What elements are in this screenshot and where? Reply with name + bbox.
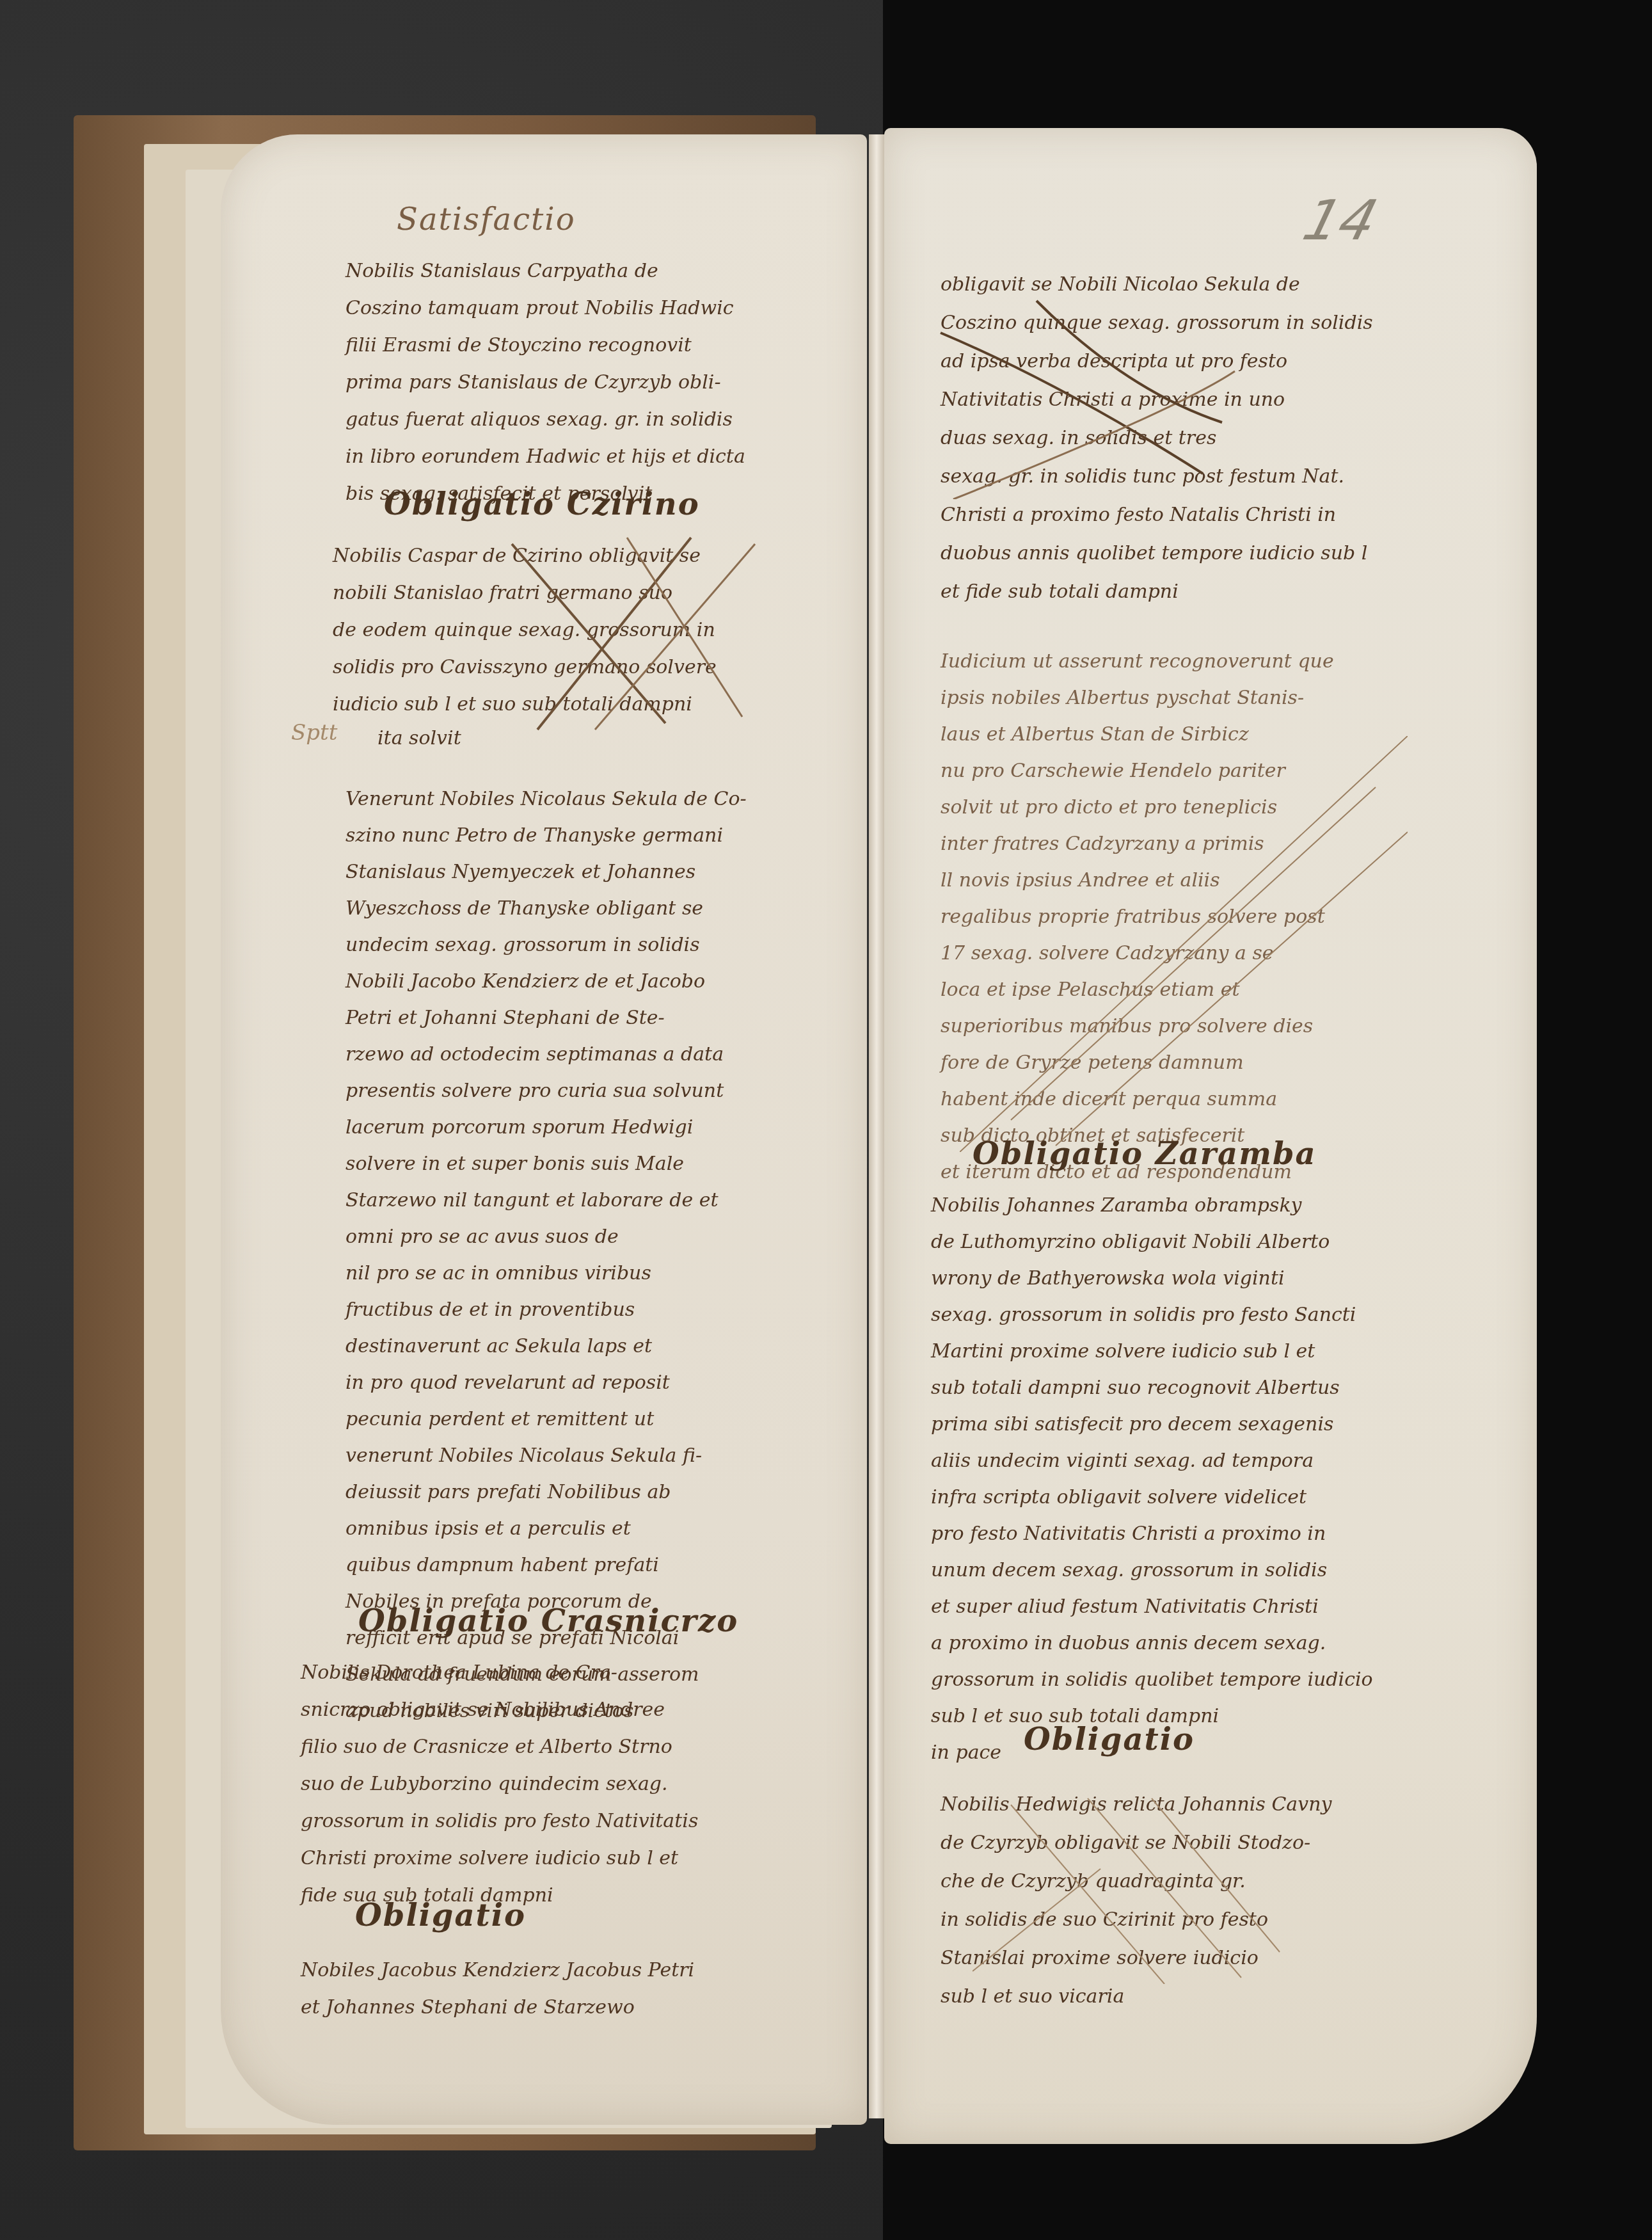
- entry-line: sub totali dampni suo recognovit Albertu…: [931, 1370, 1373, 1406]
- entry-line: Nobili Jacobo Kendzierz de et Jacobo: [345, 963, 747, 1000]
- entry-line: quibus dampnum habent prefati: [345, 1547, 747, 1583]
- entry-right-iudicium: Iudicium ut asserunt recognoverunt que i…: [941, 643, 1334, 1190]
- entry-line: fructibus de et in proventibus: [345, 1292, 747, 1328]
- entry-line: Stanislai proxime solvere iudicio: [941, 1939, 1331, 1978]
- entry-line: sexag. gr. in solidis tunc post festum N…: [941, 458, 1373, 496]
- entry-line: Nobilis Johannes Zaramba obrampsky: [931, 1187, 1373, 1224]
- entry-line: szino nunc Petro de Thanyske germani: [345, 817, 747, 854]
- entry-line: filii Erasmi de Stoyczino recognovit: [345, 327, 745, 364]
- section-heading-satisfactio: Satisfactio: [397, 202, 576, 237]
- entry-line: Coszino quinque sexag. grossorum in soli…: [941, 304, 1373, 342]
- entry-line: Venerunt Nobiles Nicolaus Sekula de Co-: [345, 781, 747, 817]
- entry-line: prima sibi satisfecit pro decem sexageni…: [931, 1406, 1373, 1443]
- entry-line: de eodem quinque sexag. grossorum in: [333, 612, 717, 649]
- entry-line: de Czyrzyb obligavit se Nobili Stodzo-: [941, 1824, 1331, 1862]
- entry-line: inter fratres Cadzyrzany a primis: [941, 826, 1334, 862]
- entry-line: Petri et Johanni Stephani de Ste-: [345, 1000, 747, 1036]
- entry-right-top-cancelled: obligavit se Nobili Nicolao Sekula de Co…: [941, 266, 1373, 611]
- entry-obligatio-zaramba: Nobilis Johannes Zaramba obrampsky de Lu…: [931, 1187, 1373, 1771]
- entry-line: Christi a proximo festo Natalis Christi …: [941, 496, 1373, 534]
- entry-obligatio-kendzierz: Nobiles Jacobus Kendzierz Jacobus Petri …: [301, 1952, 694, 2026]
- entry-line: iudicio sub l et suo sub totali dampni: [333, 686, 717, 723]
- entry-line: solvere in et super bonis suis Male: [345, 1146, 747, 1182]
- entry-line: ipsis nobiles Albertus pyschat Stanis-: [941, 680, 1334, 716]
- entry-line: et super aliud festum Nativitatis Christ…: [931, 1588, 1373, 1625]
- entry-line: solidis pro Cavisszyno germano solvere: [333, 649, 717, 686]
- entry-line: sexag. grossorum in solidis pro festo Sa…: [931, 1297, 1373, 1333]
- entry-satisfactio: Nobilis Stanislaus Carpyatha de Coszino …: [345, 253, 745, 513]
- entry-line: rzewo ad octodecim septimanas a data: [345, 1036, 747, 1073]
- entry-note-ita-solvit: ita solvit: [377, 720, 461, 757]
- entry-line: prima pars Stanislaus de Czyrzyb obli-: [345, 364, 745, 401]
- entry-line: et Johannes Stephani de Starzewo: [301, 1989, 694, 2026]
- entry-venerunt-nobiles: Venerunt Nobiles Nicolaus Sekula de Co- …: [345, 781, 747, 1729]
- entry-obligatio-crasnicrzo: Nobilis Dorothea Lubina de Cra- snicrzo …: [301, 1654, 698, 1914]
- entry-line: Nobilis Caspar de Czirino obligavit se: [333, 538, 717, 575]
- entry-line: de Luthomyrzino obligavit Nobili Alberto: [931, 1224, 1373, 1260]
- entry-line: suo de Lubyborzino quindecim sexag.: [301, 1766, 698, 1803]
- entry-line: pecunia perdent et remittent ut: [345, 1401, 747, 1437]
- book-gutter: [869, 134, 884, 2118]
- entry-line: unum decem sexag. grossorum in solidis: [931, 1552, 1373, 1588]
- entry-line: Wyeszchoss de Thanyske obligant se: [345, 890, 747, 927]
- entry-line: omnibus ipsis et a perculis et: [345, 1510, 747, 1547]
- section-heading-obligatio-zaramba: Obligatio Zaramba: [973, 1136, 1317, 1172]
- entry-line: destinaverunt ac Sekula laps et: [345, 1328, 747, 1364]
- entry-line: Nobilis Hedwigis relicta Johannis Cavny: [941, 1786, 1331, 1824]
- entry-line: sub l et suo vicaria: [941, 1978, 1331, 2016]
- section-heading-obligatio: Obligatio: [355, 1898, 526, 1933]
- entry-line: laus et Albertus Stan de Sirbicz: [941, 716, 1334, 753]
- section-heading-obligatio-czirino: Obligatio Czirino: [384, 486, 700, 522]
- entry-line: in solidis de suo Czirinit pro festo: [941, 1901, 1331, 1939]
- entry-line: lacerum porcorum sporum Hedwigi: [345, 1109, 747, 1146]
- entry-line: grossorum in solidis quolibet tempore iu…: [931, 1661, 1373, 1698]
- entry-line: habent inde dicerit perqua summa: [941, 1081, 1334, 1117]
- margin-note: Sptt: [291, 720, 337, 746]
- entry-line: deiussit pars prefati Nobilibus ab: [345, 1474, 747, 1510]
- entry-line: Stanislaus Nyemyeczek et Johannes: [345, 854, 747, 890]
- entry-line: duas sexag. in solidis et tres: [941, 419, 1373, 458]
- entry-line: et fide sub totali dampni: [941, 573, 1373, 611]
- entry-line: in pro quod revelarunt ad reposit: [345, 1364, 747, 1401]
- entry-line: Christi proxime solvere iudicio sub l et: [301, 1840, 698, 1877]
- entry-line: wrony de Bathyerowska wola viginti: [931, 1260, 1373, 1297]
- entry-line: a proximo in duobus annis decem sexag.: [931, 1625, 1373, 1661]
- entry-obligatio-hedwigis: Nobilis Hedwigis relicta Johannis Cavny …: [941, 1786, 1331, 2016]
- entry-line: nobili Stanislao fratri germano suo: [333, 575, 717, 612]
- entry-line: loca et ipse Pelaschus etiam et: [941, 972, 1334, 1008]
- entry-line: Nobiles Jacobus Kendzierz Jacobus Petri: [301, 1952, 694, 1989]
- entry-line: pro festo Nativitatis Christi a proximo …: [931, 1516, 1373, 1552]
- entry-line: superioribus manibus pro solvere dies: [941, 1008, 1334, 1044]
- entry-line: 17 sexag. solvere Cadzyrzany a se: [941, 935, 1334, 972]
- entry-line: Nobilis Stanislaus Carpyatha de: [345, 253, 745, 290]
- entry-line: nu pro Carschewie Hendelo pariter: [941, 753, 1334, 789]
- entry-line: filio suo de Crasnicze et Alberto Strno: [301, 1729, 698, 1766]
- entry-line: Nativitatis Christi a proxime in uno: [941, 381, 1373, 419]
- entry-line: che de Czyrzyb quadraginta gr.: [941, 1862, 1331, 1901]
- entry-line: omni pro se ac avus suos de: [345, 1219, 747, 1255]
- entry-line: Martini proxime solvere iudicio sub l et: [931, 1333, 1373, 1370]
- entry-line: infra scripta obligavit solvere videlice…: [931, 1479, 1373, 1516]
- entry-line: Coszino tamquam prout Nobilis Hadwic: [345, 290, 745, 327]
- entry-line: nil pro se ac in omnibus viribus: [345, 1255, 747, 1292]
- entry-line: aliis undecim viginti sexag. ad tempora: [931, 1443, 1373, 1479]
- entry-line: Starzewo nil tangunt et laborare de et: [345, 1182, 747, 1219]
- section-heading-obligatio-right: Obligatio: [1024, 1722, 1195, 1757]
- entry-line: ll novis ipsius Andree et aliis: [941, 862, 1334, 899]
- entry-line: ad ipsa verba descripta ut pro festo: [941, 342, 1373, 381]
- entry-line: obligavit se Nobili Nicolao Sekula de: [941, 266, 1373, 304]
- entry-line: solvit ut pro dicto et pro teneplicis: [941, 789, 1334, 826]
- entry-line: regalibus proprie fratribus solvere post: [941, 899, 1334, 935]
- section-heading-obligatio-crasnicrzo: Obligatio Crasnicrzo: [358, 1603, 738, 1639]
- entry-line: gatus fuerat aliquos sexag. gr. in solid…: [345, 401, 745, 438]
- entry-line: grossorum in solidis pro festo Nativitat…: [301, 1803, 698, 1840]
- entry-obligatio-czirino: Nobilis Caspar de Czirino obligavit se n…: [333, 538, 717, 723]
- entry-line: venerunt Nobiles Nicolaus Sekula fi-: [345, 1437, 747, 1474]
- entry-line: in libro eorundem Hadwic et hijs et dict…: [345, 438, 745, 476]
- entry-line: snicrzo obligavit se Nobilibus Andree: [301, 1692, 698, 1729]
- entry-line: Nobilis Dorothea Lubina de Cra-: [301, 1654, 698, 1692]
- entry-line: Iudicium ut asserunt recognoverunt que: [941, 643, 1334, 680]
- entry-line: presentis solvere pro curia sua solvunt: [345, 1073, 747, 1109]
- entry-line: fore de Gryrze petens damnum: [941, 1044, 1334, 1081]
- entry-line: undecim sexag. grossorum in solidis: [345, 927, 747, 963]
- entry-line: duobus annis quolibet tempore iudicio su…: [941, 534, 1373, 573]
